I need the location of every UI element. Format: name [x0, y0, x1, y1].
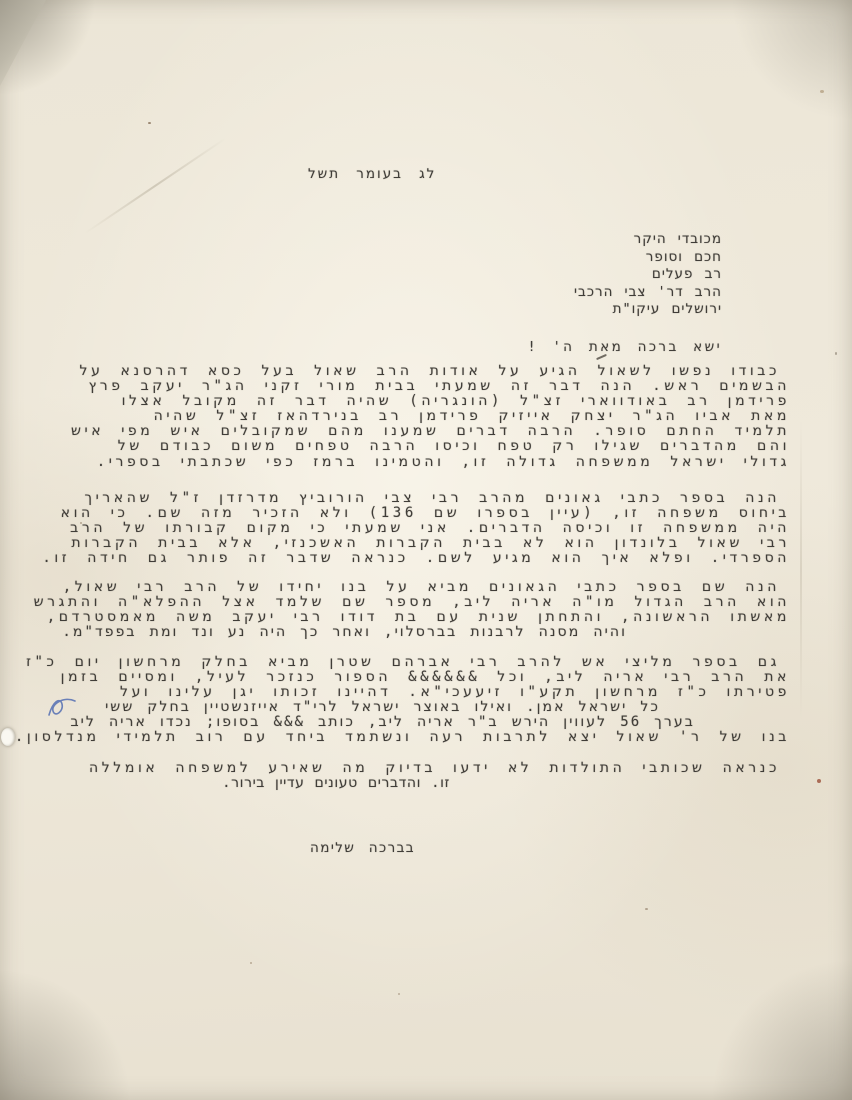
paper-speck: [645, 908, 648, 910]
paper-speck: [835, 352, 837, 355]
letter-line: כל ישראל אמן. ואילו באוצר ישראל לרי"ד אי…: [40, 700, 660, 715]
letter-line: הבשמים ראש. הנה דבר זה שמעתי בבית מורי ז…: [40, 379, 790, 394]
paper-speck: [398, 993, 400, 995]
letter-line: גם בספר מליצי אש להרב רבי אברהם שטרן מבי…: [40, 655, 790, 670]
punch-hole: [1, 728, 15, 746]
letter-line: תלמיד החתם סופר. הרבה דברים שמענו מהם שמ…: [40, 424, 790, 439]
letter-line: בערך 56 לעווין הירש ב"ר אריה ליב, כותב &…: [40, 715, 695, 730]
recipient-line: מכובדי היקר: [574, 231, 722, 249]
letter-line: והיה מסנה לרבנות בברסלוי, ואחר כך היה נע…: [40, 625, 627, 640]
letter-line: פטירתו כ"ז מרחשון תקע"ו זיעעכי"א. דהיינו…: [40, 685, 790, 700]
letter-line: כבודו נפשו לשאול הגיע על אודות הרב שאול …: [40, 364, 790, 379]
paragraph-4: גם בספר מליצי אש להרב רבי אברהם שטרן מבי…: [40, 655, 790, 746]
letter-line: הספרדי. ופלא איך הוא מגיע לשם. כנראה שדב…: [40, 551, 790, 566]
letter-line: את הרב רבי אריה ליב, וכל &&&&&& הספור כנ…: [40, 670, 790, 685]
paper-speck: [148, 122, 151, 124]
letter-line: כנראה שכותבי התולדות לא ידעו בדיוק מה שא…: [40, 761, 790, 776]
paragraph-2: הנה בספר כתבי גאונים מהרב רבי צבי הורובי…: [40, 491, 790, 566]
recipient-line: חכם וסופר: [574, 249, 722, 267]
paragraph-1: כבודו נפשו לשאול הגיע על אודות הרב שאול …: [40, 364, 790, 470]
letter-line: ביחוס משפחה זו, (עיין בספרו שם 136) ולא …: [40, 506, 790, 521]
letter-line: מאת אביו הג"ר יצחק אייזיק פרידמן רב בניר…: [40, 409, 790, 424]
scanned-letter-page: לג בעומר תשל מכובדי היקר חכם וסופר רב פע…: [0, 0, 852, 1100]
letter-line: והם מהדברים שגילו רק טפח וכיסו הרבה טפחי…: [40, 439, 790, 454]
paper-speck: [820, 90, 824, 93]
paper-speck: [250, 962, 252, 964]
closing-line: בברכה שלימה: [310, 840, 415, 856]
blue-pen-scribble: [46, 693, 80, 723]
letter-line: רבי שאול בלונדון הוא לא בבית הקברות האשכ…: [40, 536, 790, 551]
date-line: לג בעומר תשל: [308, 166, 436, 182]
letter-line: גדולי ישראל ממשפחה גדולה זו, והטמינו ברמ…: [40, 455, 790, 470]
letter-line: מאשתו הראשונה, והתחתן שנית עם בת דודו רב…: [40, 610, 790, 625]
recipient-line: רב פעלים: [574, 266, 722, 284]
paragraph-5: כנראה שכותבי התולדות לא ידעו בדיוק מה שא…: [40, 761, 790, 791]
recipient-line: ירושלים עיקו"ת: [574, 301, 722, 319]
recipient-block: מכובדי היקר חכם וסופר רב פעלים הרב דר' צ…: [574, 231, 722, 319]
letter-line: הנה בספר כתבי גאונים מהרב רבי צבי הורובי…: [40, 491, 790, 506]
letter-line: היה ממשפחה זו וכיסה הדברים. אני שמעתי כי…: [40, 521, 790, 536]
paper-crease: [84, 138, 226, 235]
letter-line: פרידמן רב באודווארי זצ"ל (הונגריה) שהיה …: [40, 394, 790, 409]
page-corner-fold: [0, 0, 46, 86]
paper-speck: [817, 779, 821, 783]
letter-line: זו. והדברים טעונים עדיין בירור.: [40, 776, 450, 791]
letter-line: בנו של ר' שאול יצא לתרבות רעה ונשתמד ביח…: [40, 730, 790, 745]
recipient-line: הרב דר' צבי הרכבי: [574, 284, 722, 302]
paper-crease: [800, 420, 802, 720]
letter-line: הנה שם בספר כתבי הגאונים מביא על בנו יחי…: [40, 580, 790, 595]
paragraph-3: הנה שם בספר כתבי הגאונים מביא על בנו יחי…: [40, 580, 790, 640]
letter-line: הוא הרב הגדול מו"ה אריה ליב, מספר שם שלמ…: [40, 595, 790, 610]
salutation-line: ישא ברכה מאת ה' !: [528, 339, 722, 355]
